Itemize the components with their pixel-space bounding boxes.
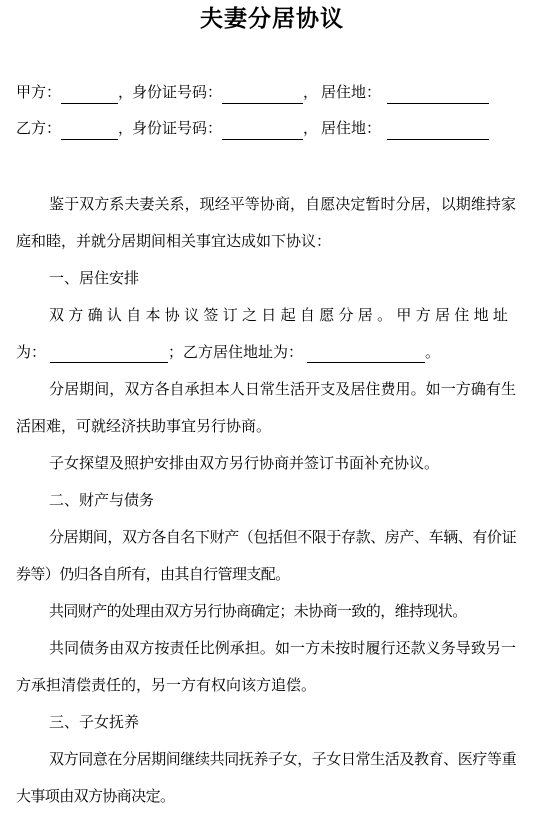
address-mid: ；乙方居住地址为： xyxy=(168,343,303,361)
party-b-line: 乙方：，身份证号码：，居住地： xyxy=(16,116,526,140)
party-b-residence-address-field[interactable] xyxy=(307,342,425,363)
party-b-label: 乙方： xyxy=(16,116,61,140)
address-prefix: 为： xyxy=(16,343,46,361)
party-b-name-field[interactable] xyxy=(61,120,118,140)
residence-clause-address-line: 为：；乙方居住地址为：。 xyxy=(16,334,516,371)
property-clause-2: 共同财产的处理由双方另行协商确定；未协商一致的，维持现状。 xyxy=(16,593,516,630)
section-heading-property: 二、财产与债务 xyxy=(16,482,516,519)
section-heading-residence: 一、居住安排 xyxy=(16,260,516,297)
party-b-id-field[interactable] xyxy=(222,120,303,140)
address-end: 。 xyxy=(425,343,440,361)
residence-clause-1: 双方确认自本协议签订之日起自愿分居。甲方居住地址 为：；乙方居住地址为：。 xyxy=(16,297,516,371)
section-heading-child-support: 三、子女抚养 xyxy=(16,704,516,741)
separator: ， xyxy=(118,116,132,140)
party-a-id-label: 身份证号码： xyxy=(132,80,222,104)
party-a-address-field[interactable] xyxy=(387,84,489,104)
party-a-label: 甲方： xyxy=(16,80,61,104)
residence-clause-3: 子女探望及照护安排由双方另行协商并签订书面补充协议。 xyxy=(16,445,516,482)
party-a-line: 甲方：，身份证号码：，居住地： xyxy=(16,80,526,104)
agreement-body: 鉴于双方系夫妻关系，现经平等协商，自愿决定暂时分居，以期维持家庭和睦，并就分居期… xyxy=(16,186,516,815)
property-clause-3: 共同债务由双方按责任比例承担。如一方未按时履行还款义务导致另一方承担清偿责任的，… xyxy=(16,630,516,704)
party-a-id-field[interactable] xyxy=(222,84,303,104)
child-support-clause-1: 双方同意在分居期间继续共同抚养子女，子女日常生活及教育、医疗等重大事项由双方协商… xyxy=(16,741,516,815)
residence-clause-2: 分居期间，双方各自承担本人日常生活开支及居住费用。如一方确有生活困难，可就经济扶… xyxy=(16,371,516,445)
party-b-address-field[interactable] xyxy=(387,120,489,140)
party-a-address-label: 居住地： xyxy=(321,80,381,104)
property-clause-1: 分居期间，双方各自名下财产（包括但不限于存款、房产、车辆、有价证券等）仍归各自所… xyxy=(16,519,516,593)
party-a-name-field[interactable] xyxy=(61,84,118,104)
residence-clause-line: 双方确认自本协议签订之日起自愿分居。甲方居住地址 xyxy=(16,297,516,334)
party-b-address-label: 居住地： xyxy=(321,116,381,140)
separator: ， xyxy=(118,80,132,104)
document-title: 夫妻分居协议 xyxy=(0,2,544,36)
party-b-id-label: 身份证号码： xyxy=(132,116,222,140)
party-a-residence-address-field[interactable] xyxy=(50,342,168,363)
preamble-paragraph: 鉴于双方系夫妻关系，现经平等协商，自愿决定暂时分居，以期维持家庭和睦，并就分居期… xyxy=(16,186,516,260)
separator: ， xyxy=(303,116,321,140)
separator: ， xyxy=(303,80,321,104)
